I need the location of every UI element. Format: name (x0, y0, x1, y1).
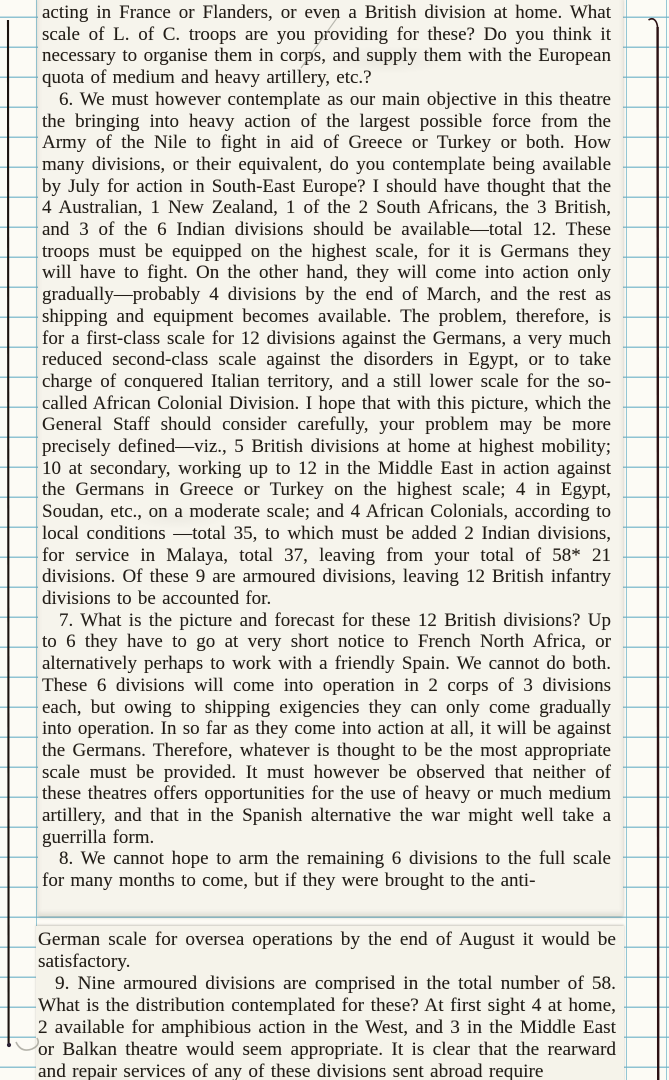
paragraph-8-part1: 8. We cannot hope to arm the remaining 6… (42, 848, 611, 891)
pasted-clipping-bottom: German scale for oversea operations by t… (36, 926, 624, 1080)
notebook-vertical-grid-line-far-right (666, 0, 667, 1080)
left-margin-rule-mark (8, 20, 9, 1044)
right-margin-rule-mark (658, 27, 659, 1080)
pasted-clipping-top: acting in France or Flanders, or even a … (38, 0, 623, 916)
scanned-document-page: { "page": { "kind": "typeset memorandum … (0, 0, 669, 1080)
page-text-upper: acting in France or Flanders, or even a … (42, 2, 611, 892)
paragraph-8-part2: German scale for oversea operations by t… (38, 929, 616, 973)
page-text-lower: German scale for oversea operations by t… (38, 929, 616, 1080)
paragraph-6: 6. We must however contemplate as our ma… (42, 89, 611, 610)
left-rule-end-dot-mark (7, 1043, 11, 1047)
notebook-vertical-grid-line-right (626, 0, 627, 1080)
right-rule-top-hook-mark (649, 19, 658, 28)
paragraph-continuation: acting in France or Flanders, or even a … (42, 2, 611, 89)
paragraph-7: 7. What is the picture and forecast for … (42, 610, 611, 849)
pencil-squiggle-mark (16, 1038, 38, 1050)
paragraph-9: 9. Nine armoured divisions are comprised… (38, 973, 616, 1080)
